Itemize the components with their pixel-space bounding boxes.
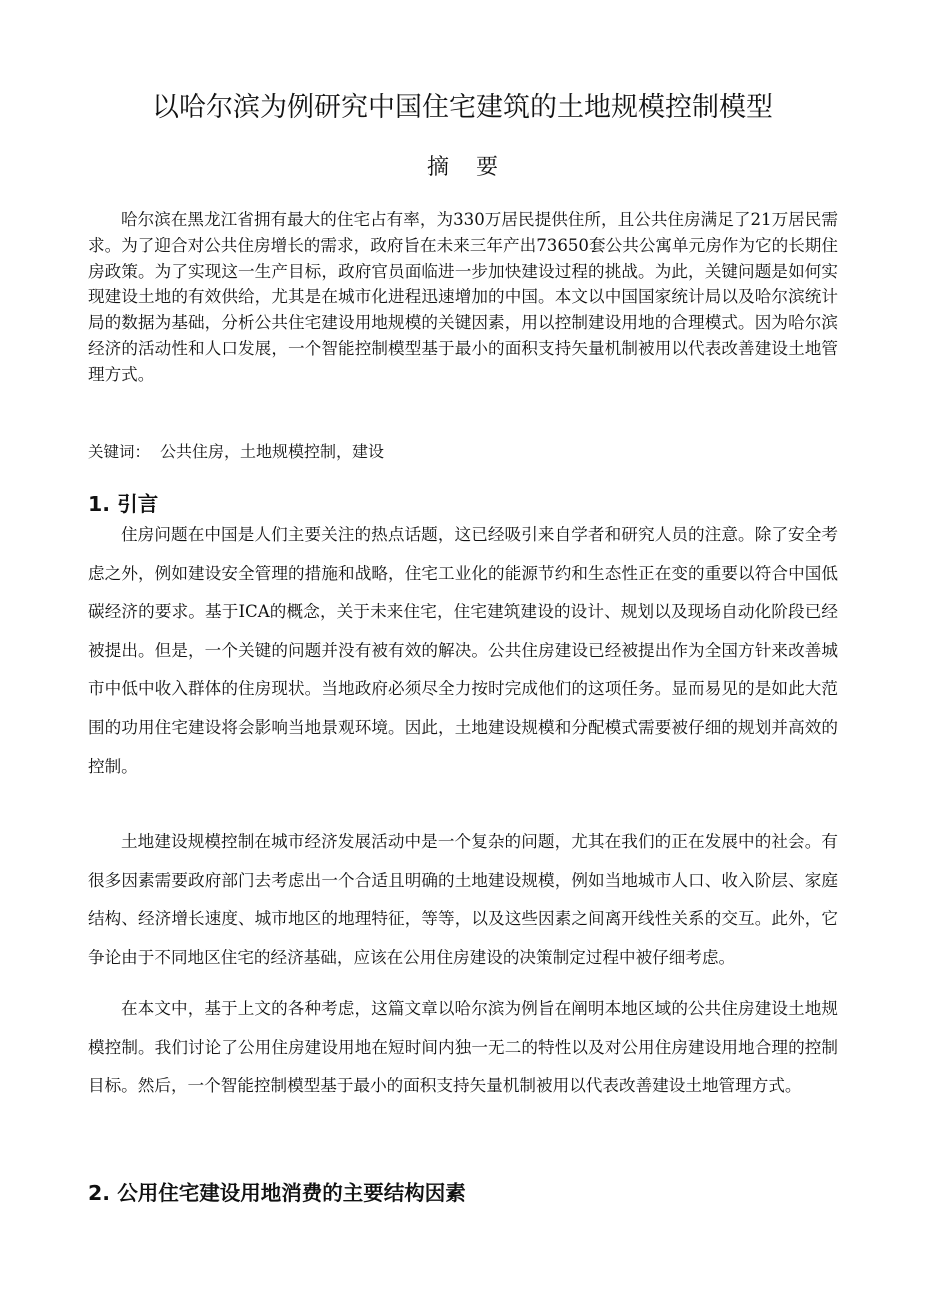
introduction-paragraph-3: 在本文中，基于上文的各种考虑，这篇文章以哈尔滨为例旨在阐明本地区域的公共住房建设… [88, 990, 838, 1106]
introduction-paragraph-1: 住房问题在中国是人们主要关注的热点话题，这已经吸引来自学者和研究人员的注意。除了… [88, 516, 838, 786]
section-heading-structural-factors: 2. 公用住宅建设用地消费的主要结构因素 [88, 1178, 466, 1208]
keywords-label: 关键词： [88, 443, 150, 461]
document-title: 以哈尔滨为例研究中国住宅建筑的土地规模控制模型 [0, 88, 925, 128]
introduction-paragraph-2: 土地建设规模控制在城市经济发展活动中是一个复杂的问题，尤其在我们的正在发展中的社… [88, 823, 838, 977]
section-heading-introduction: 1. 引言 [88, 489, 158, 519]
document-page: 以哈尔滨为例研究中国住宅建筑的土地规模控制模型 摘 要 哈尔滨在黑龙江省拥有最大… [0, 0, 925, 1309]
keywords-line: 关键词：公共住房，土地规模控制，建设 [88, 440, 384, 464]
keywords-value: 公共住房，土地规模控制，建设 [160, 442, 384, 461]
abstract-heading: 摘 要 [0, 150, 925, 186]
abstract-text: 哈尔滨在黑龙江省拥有最大的住宅占有率，为330万居民提供住所，且公共住房满足了2… [88, 207, 838, 388]
